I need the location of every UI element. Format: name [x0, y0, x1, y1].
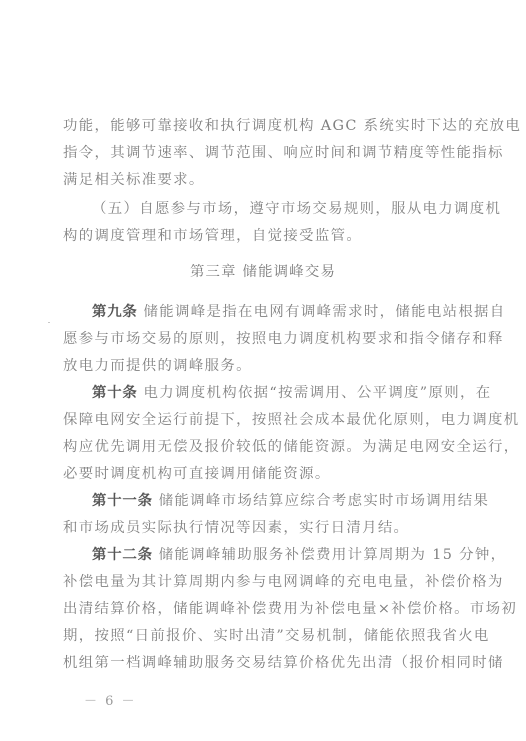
article-10-text: 电力调度机构依据“按需调用、公平调度”原则，在	[138, 385, 492, 401]
body-line: 功能，能够可靠接收和执行调度机构 AGC 系统实时下达的充放电	[63, 116, 463, 136]
margin-mark	[48, 322, 50, 323]
body-line: 放电力而提供的调峰服务。	[63, 356, 463, 376]
article-12-text: 储能调峰辅助服务补偿费用计算周期为 15 分钟，	[153, 547, 507, 563]
article-10-label: 第十条	[92, 385, 138, 401]
body-line: 构的调度管理和市场管理，自觉接受监管。	[63, 226, 463, 246]
body-line: 保障电网安全运行前提下，按照社会成本最优化原则，电力调度机	[63, 410, 463, 430]
article-12-first-line: 第十二条 储能调峰辅助服务补偿费用计算周期为 15 分钟，	[92, 545, 492, 565]
body-line: 愿参与市场交易的原则，按照电力调度机构要求和指令储存和释	[63, 329, 463, 349]
document-page: 功能，能够可靠接收和执行调度机构 AGC 系统实时下达的充放电 指令，其调节速率…	[0, 0, 526, 741]
article-12-label: 第十二条	[92, 547, 153, 563]
article-11-label: 第十一条	[92, 493, 153, 509]
article-11-first-line: 第十一条 储能调峰市场结算应综合考虑实时市场调用结果	[92, 491, 492, 511]
article-11-text: 储能调峰市场结算应综合考虑实时市场调用结果	[153, 493, 489, 509]
body-line: 满足相关标准要求。	[63, 170, 463, 190]
body-line: 必要时调度机构可直接调用储能资源。	[63, 464, 463, 484]
body-line: 补偿电量为其计算周期内参与电网调峰的充电电量，补偿价格为	[63, 572, 463, 592]
body-line: 和市场成员实际执行情况等因素，实行日清月结。	[63, 518, 463, 538]
chapter-title: 第三章 储能调峰交易	[0, 262, 526, 282]
article-9-label: 第九条	[92, 304, 138, 320]
article-9-text: 储能调峰是指在电网有调峰需求时，储能电站根据自	[138, 304, 506, 320]
article-10-first-line: 第十条 电力调度机构依据“按需调用、公平调度”原则，在	[92, 383, 492, 403]
body-line: 构应优先调用无偿及报价较低的储能资源。为满足电网安全运行，	[63, 437, 463, 457]
clause-item-5-line: （五）自愿参与市场，遵守市场交易规则，服从电力调度机	[92, 199, 492, 219]
page-number: － 6 －	[84, 690, 137, 709]
body-line: 指令，其调节速率、调节范围、响应时间和调节精度等性能指标	[63, 143, 463, 163]
body-line: 期，按照“日前报价、实时出清”交易机制，储能依照我省火电	[63, 626, 463, 646]
article-9-first-line: 第九条 储能调峰是指在电网有调峰需求时，储能电站根据自	[92, 302, 492, 322]
body-line: 机组第一档调峰辅助服务交易结算价格优先出清（报价相同时储	[63, 653, 463, 673]
body-line: 出清结算价格，储能调峰补偿费用为补偿电量×补偿价格。市场初	[63, 599, 463, 619]
